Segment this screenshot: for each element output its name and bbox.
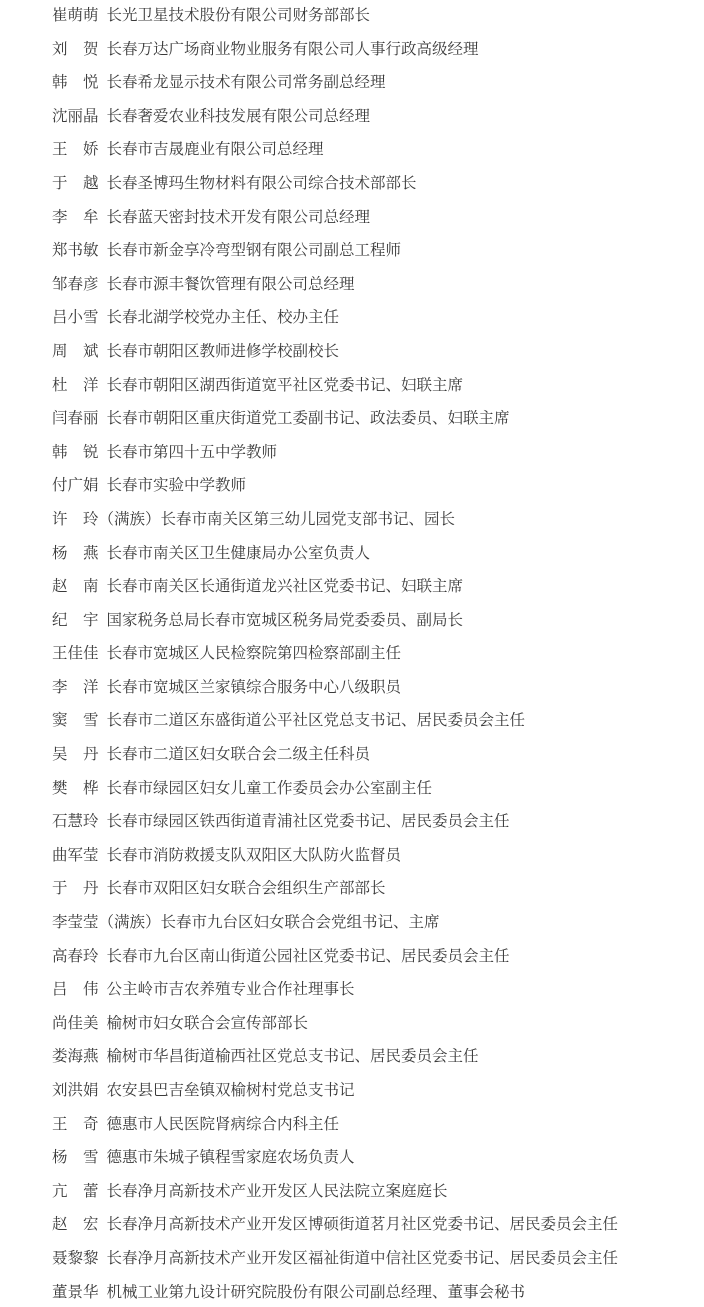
person-title: 长春圣博玛生物材料有限公司综合技术部部长 bbox=[107, 174, 417, 192]
list-item: 杨 燕长春市南关区卫生健康局办公室负责人 bbox=[52, 537, 618, 571]
person-title: 德惠市人民医院肾病综合内科主任 bbox=[107, 1115, 340, 1133]
person-title: 长春市新金享冷弯型钢有限公司副总工程师 bbox=[107, 241, 402, 259]
person-name: 纪 宇 bbox=[52, 604, 99, 638]
list-item: 董景华机械工业第九设计研究院股份有限公司副总经理、董事会秘书 bbox=[52, 1276, 618, 1307]
list-item: 王 娇长春市吉晟鹿业有限公司总经理 bbox=[52, 133, 618, 167]
person-name: 聂黎黎 bbox=[52, 1242, 99, 1276]
person-title: 长春市南关区长通街道龙兴社区党委书记、妇联主席 bbox=[107, 577, 464, 595]
list-item: 崔萌萌长光卫星技术股份有限公司财务部部长 bbox=[52, 0, 618, 33]
person-name: 邹春彦 bbox=[52, 268, 99, 302]
person-name: 赵 宏 bbox=[52, 1208, 99, 1242]
person-name: 娄海燕 bbox=[52, 1040, 99, 1074]
person-name: 周 斌 bbox=[52, 335, 99, 369]
person-name: 沈丽晶 bbox=[52, 100, 99, 134]
list-item: 于 越长春圣博玛生物材料有限公司综合技术部部长 bbox=[52, 167, 618, 201]
person-title: 长春市双阳区妇女联合会组织生产部部长 bbox=[107, 879, 386, 897]
person-title: 长春市第四十五中学教师 bbox=[107, 443, 278, 461]
person-title: 榆树市华昌街道榆西社区党总支书记、居民委员会主任 bbox=[107, 1047, 479, 1065]
list-item: 杜 洋长春市朝阳区湖西街道宽平社区党委书记、妇联主席 bbox=[52, 369, 618, 403]
person-title: 长春希龙显示技术有限公司常务副总经理 bbox=[107, 73, 386, 91]
person-title: 德惠市朱城子镇程雪家庭农场负责人 bbox=[107, 1148, 355, 1166]
person-title: 长春市绿园区妇女儿童工作委员会办公室副主任 bbox=[107, 779, 433, 797]
person-title: 公主岭市吉农养殖专业合作社理事长 bbox=[107, 980, 355, 998]
person-name: 郑书敏 bbox=[52, 234, 99, 268]
list-item: 郑书敏长春市新金享冷弯型钢有限公司副总工程师 bbox=[52, 234, 618, 268]
person-title: 长春市吉晟鹿业有限公司总经理 bbox=[107, 140, 324, 158]
person-name: 杨 雪 bbox=[52, 1141, 99, 1175]
person-name: 杜 洋 bbox=[52, 369, 99, 403]
person-name: 于 丹 bbox=[52, 872, 99, 906]
person-name: 闫春丽 bbox=[52, 402, 99, 436]
person-name: 曲军莹 bbox=[52, 839, 99, 873]
list-item: 韩 锐长春市第四十五中学教师 bbox=[52, 436, 618, 470]
person-title: 长春净月高新技术产业开发区博硕街道茗月社区党委书记、居民委员会主任 bbox=[107, 1215, 619, 1233]
person-name: 王 娇 bbox=[52, 133, 99, 167]
list-item: 窦 雪长春市二道区东盛街道公平社区党总支书记、居民委员会主任 bbox=[52, 704, 618, 738]
person-title: 长春市实验中学教师 bbox=[107, 476, 247, 494]
person-title: 长春市二道区妇女联合会二级主任科员 bbox=[107, 745, 371, 763]
person-name: 高春玲 bbox=[52, 940, 99, 974]
person-title: 长春市源丰餐饮管理有限公司总经理 bbox=[107, 275, 355, 293]
person-name: 石慧玲 bbox=[52, 805, 99, 839]
person-name: 尚佳美 bbox=[52, 1007, 99, 1041]
honoree-list: 崔萌萌长光卫星技术股份有限公司财务部部长刘 贺长春万达广场商业物业服务有限公司人… bbox=[52, 0, 618, 1307]
person-name: 樊 桦 bbox=[52, 772, 99, 806]
person-title: 长春净月高新技术产业开发区人民法院立案庭庭长 bbox=[107, 1182, 448, 1200]
list-item: 刘 贺长春万达广场商业物业服务有限公司人事行政高级经理 bbox=[52, 33, 618, 67]
list-item: 曲军莹长春市消防救援支队双阳区大队防火监督员 bbox=[52, 839, 618, 873]
list-item: 李 牟长春蓝天密封技术开发有限公司总经理 bbox=[52, 201, 618, 235]
person-name: 窦 雪 bbox=[52, 704, 99, 738]
list-item: 闫春丽长春市朝阳区重庆街道党工委副书记、政法委员、妇联主席 bbox=[52, 402, 618, 436]
list-item: 亢 蕾长春净月高新技术产业开发区人民法院立案庭庭长 bbox=[52, 1175, 618, 1209]
list-item: 娄海燕榆树市华昌街道榆西社区党总支书记、居民委员会主任 bbox=[52, 1040, 618, 1074]
person-title: 农安县巴吉垒镇双榆树村党总支书记 bbox=[107, 1081, 355, 1099]
person-name: 赵 南 bbox=[52, 570, 99, 604]
list-item: 周 斌长春市朝阳区教师进修学校副校长 bbox=[52, 335, 618, 369]
person-title: 长春万达广场商业物业服务有限公司人事行政高级经理 bbox=[107, 40, 479, 58]
person-title: 长春北湖学校党办主任、校办主任 bbox=[107, 308, 340, 326]
person-name: 李莹莹 bbox=[52, 906, 99, 940]
person-title: 长春净月高新技术产业开发区福祉街道中信社区党委书记、居民委员会主任 bbox=[107, 1249, 619, 1267]
person-title: 长春蓝天密封技术开发有限公司总经理 bbox=[107, 208, 371, 226]
list-item: 赵 南长春市南关区长通街道龙兴社区党委书记、妇联主席 bbox=[52, 570, 618, 604]
person-name: 李 牟 bbox=[52, 201, 99, 235]
person-title: 长春市九台区南山街道公园社区党委书记、居民委员会主任 bbox=[107, 947, 510, 965]
list-item: 沈丽晶长春奢爱农业科技发展有限公司总经理 bbox=[52, 100, 618, 134]
person-title: 机械工业第九设计研究院股份有限公司副总经理、董事会秘书 bbox=[107, 1283, 526, 1301]
list-item: 樊 桦长春市绿园区妇女儿童工作委员会办公室副主任 bbox=[52, 772, 618, 806]
list-item: 吕小雪长春北湖学校党办主任、校办主任 bbox=[52, 301, 618, 335]
person-title: 长春市朝阳区教师进修学校副校长 bbox=[107, 342, 340, 360]
list-item: 聂黎黎长春净月高新技术产业开发区福祉街道中信社区党委书记、居民委员会主任 bbox=[52, 1242, 618, 1276]
list-item: 韩 悦长春希龙显示技术有限公司常务副总经理 bbox=[52, 66, 618, 100]
person-name: 崔萌萌 bbox=[52, 0, 99, 33]
list-item: 杨 雪德惠市朱城子镇程雪家庭农场负责人 bbox=[52, 1141, 618, 1175]
list-item: 王 奇德惠市人民医院肾病综合内科主任 bbox=[52, 1108, 618, 1142]
list-item: 尚佳美榆树市妇女联合会宣传部部长 bbox=[52, 1007, 618, 1041]
person-title: 榆树市妇女联合会宣传部部长 bbox=[107, 1014, 309, 1032]
person-title: 长春市消防救援支队双阳区大队防火监督员 bbox=[107, 846, 402, 864]
person-title: 长春市朝阳区湖西街道宽平社区党委书记、妇联主席 bbox=[107, 376, 464, 394]
list-item: 纪 宇国家税务总局长春市宽城区税务局党委委员、副局长 bbox=[52, 604, 618, 638]
person-title: 长春市朝阳区重庆街道党工委副书记、政法委员、妇联主席 bbox=[107, 409, 510, 427]
person-title: 国家税务总局长春市宽城区税务局党委委员、副局长 bbox=[107, 611, 464, 629]
person-name: 许 玲 bbox=[52, 503, 99, 537]
person-name: 亢 蕾 bbox=[52, 1175, 99, 1209]
person-name: 董景华 bbox=[52, 1276, 99, 1307]
person-name: 吕 伟 bbox=[52, 973, 99, 1007]
list-item: 高春玲长春市九台区南山街道公园社区党委书记、居民委员会主任 bbox=[52, 940, 618, 974]
list-item: 吕 伟公主岭市吉农养殖专业合作社理事长 bbox=[52, 973, 618, 1007]
list-item: 赵 宏长春净月高新技术产业开发区博硕街道茗月社区党委书记、居民委员会主任 bbox=[52, 1208, 618, 1242]
list-item: 石慧玲长春市绿园区铁西街道青浦社区党委书记、居民委员会主任 bbox=[52, 805, 618, 839]
list-item: 李莹莹（满族）长春市九台区妇女联合会党组书记、主席 bbox=[52, 906, 618, 940]
person-name: 于 越 bbox=[52, 167, 99, 201]
list-item: 邹春彦长春市源丰餐饮管理有限公司总经理 bbox=[52, 268, 618, 302]
person-title: （满族）长春市南关区第三幼儿园党支部书记、园长 bbox=[99, 510, 456, 528]
list-item: 许 玲（满族）长春市南关区第三幼儿园党支部书记、园长 bbox=[52, 503, 618, 537]
list-item: 刘洪娟农安县巴吉垒镇双榆树村党总支书记 bbox=[52, 1074, 618, 1108]
list-item: 王佳佳长春市宽城区人民检察院第四检察部副主任 bbox=[52, 637, 618, 671]
person-title: 长春市南关区卫生健康局办公室负责人 bbox=[107, 544, 371, 562]
list-item: 于 丹长春市双阳区妇女联合会组织生产部部长 bbox=[52, 872, 618, 906]
person-name: 韩 锐 bbox=[52, 436, 99, 470]
person-title: 长春市二道区东盛街道公平社区党总支书记、居民委员会主任 bbox=[107, 711, 526, 729]
person-title: 长春市宽城区人民检察院第四检察部副主任 bbox=[107, 644, 402, 662]
person-name: 王 奇 bbox=[52, 1108, 99, 1142]
person-name: 李 洋 bbox=[52, 671, 99, 705]
person-title: 长春市宽城区兰家镇综合服务中心八级职员 bbox=[107, 678, 402, 696]
list-item: 李 洋长春市宽城区兰家镇综合服务中心八级职员 bbox=[52, 671, 618, 705]
person-title: 长光卫星技术股份有限公司财务部部长 bbox=[107, 6, 371, 24]
person-name: 王佳佳 bbox=[52, 637, 99, 671]
list-item: 付广娟长春市实验中学教师 bbox=[52, 469, 618, 503]
person-title: （满族）长春市九台区妇女联合会党组书记、主席 bbox=[99, 913, 440, 931]
person-title: 长春奢爱农业科技发展有限公司总经理 bbox=[107, 107, 371, 125]
person-title: 长春市绿园区铁西街道青浦社区党委书记、居民委员会主任 bbox=[107, 812, 510, 830]
person-name: 刘 贺 bbox=[52, 33, 99, 67]
person-name: 刘洪娟 bbox=[52, 1074, 99, 1108]
person-name: 付广娟 bbox=[52, 469, 99, 503]
person-name: 杨 燕 bbox=[52, 537, 99, 571]
person-name: 韩 悦 bbox=[52, 66, 99, 100]
person-name: 吕小雪 bbox=[52, 301, 99, 335]
list-item: 吴 丹长春市二道区妇女联合会二级主任科员 bbox=[52, 738, 618, 772]
person-name: 吴 丹 bbox=[52, 738, 99, 772]
